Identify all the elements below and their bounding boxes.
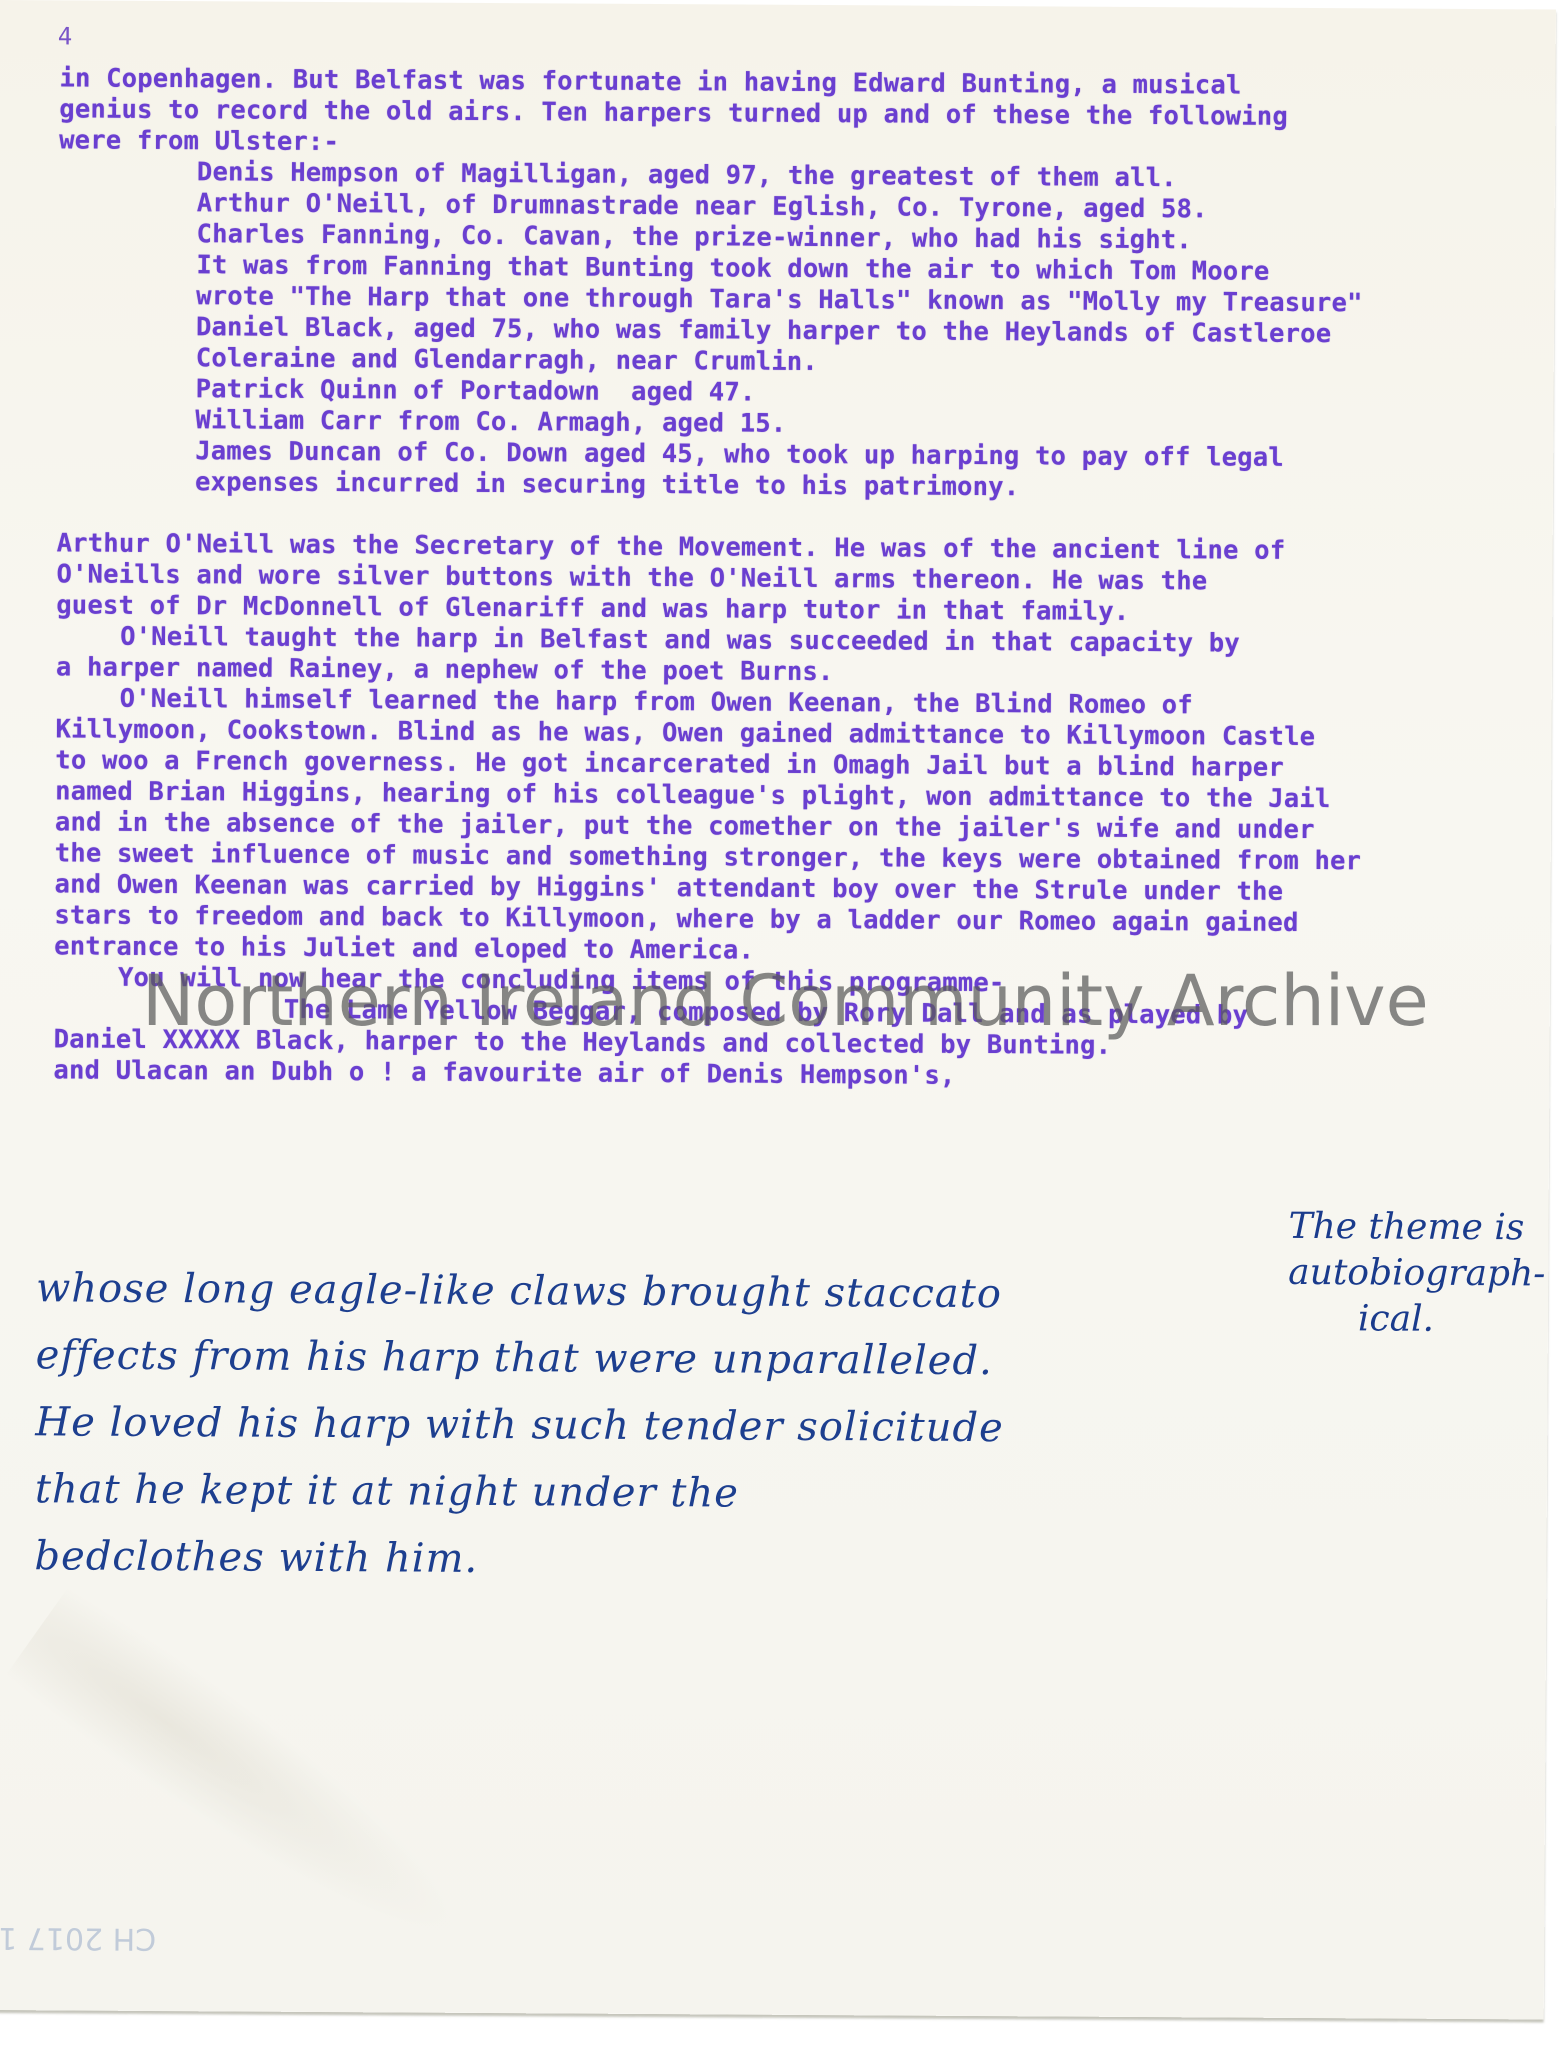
archive-watermark: Northern Ireland Community Archive xyxy=(142,960,1429,1042)
margin-note-line: The theme is xyxy=(1288,1204,1545,1252)
typed-text-body: in Copenhagen. But Belfast was fortunate… xyxy=(53,63,1366,1094)
handwritten-text-body: whose long eagle-like claws brought stac… xyxy=(34,1265,1004,1606)
margin-note-line: autobiograph- xyxy=(1288,1250,1545,1298)
pencil-archive-mark: CH 2017 1 xyxy=(0,1920,156,1956)
handwritten-line: effects from his harp that were unparall… xyxy=(35,1332,1004,1405)
handwritten-line: whose long eagle-like claws brought stac… xyxy=(36,1265,1005,1338)
handwritten-line: He loved his harp with such tender solic… xyxy=(35,1399,1004,1472)
handwritten-margin-note: The theme is autobiograph- ical. xyxy=(1288,1204,1546,1344)
typed-line: and Ulacan an Dubh o ! a favourite air o… xyxy=(53,1055,1360,1094)
page-number: 4 xyxy=(58,22,73,50)
margin-note-line: ical. xyxy=(1288,1296,1545,1344)
handwritten-line: that he kept it at night under the xyxy=(35,1466,1004,1539)
handwritten-line: bedclothes with him. xyxy=(34,1533,1003,1606)
